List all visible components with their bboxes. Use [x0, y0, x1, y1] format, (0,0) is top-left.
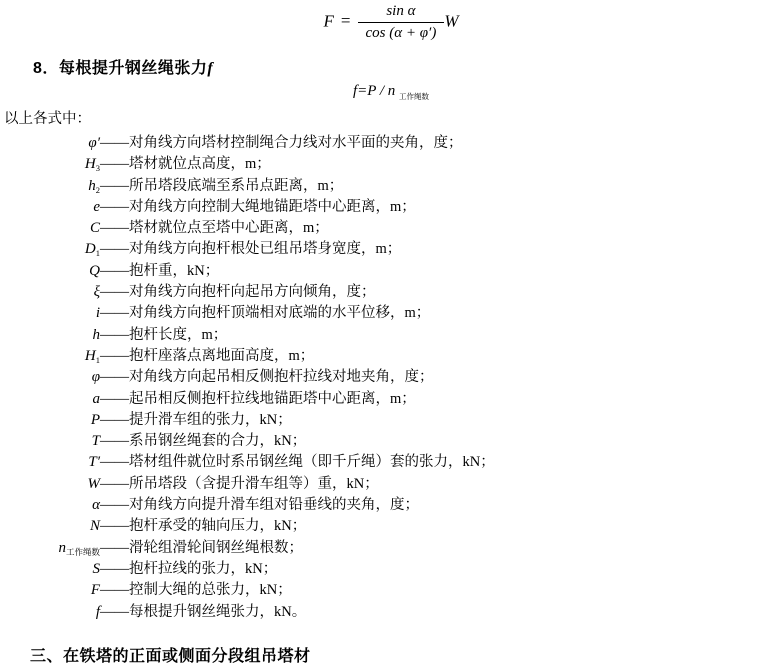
variable-symbol: φ — [0, 369, 100, 386]
formula-f-block: f=P / n 工作绳数 — [0, 82, 782, 106]
variable-symbol: C — [0, 220, 100, 237]
definition-row: C ——塔材就位点至塔中心距离，m； — [0, 216, 782, 237]
formula-F-equals: = — [341, 11, 351, 30]
variable-symbol: Q — [0, 263, 100, 280]
variable-symbol: h — [0, 327, 100, 344]
formula-f-rhs: P / n — [367, 83, 395, 99]
definition-row: H3 ——塔材就位点高度，m； — [0, 152, 782, 173]
variable-symbol: P — [0, 412, 100, 429]
variable-description: ——对角线方向控制大绳地锚距塔中心距离，m； — [100, 195, 416, 216]
definition-row: h2 ——所吊塔段底端至系吊点距离，m； — [0, 174, 782, 195]
variable-description: ——塔材就位点至塔中心距离，m； — [100, 216, 329, 237]
variable-symbol-letter: D — [85, 241, 96, 257]
definition-row: Q ——抱杆重，kN； — [0, 259, 782, 280]
definition-row: a ——起吊相反侧抱杆拉线地锚距塔中心距离，m； — [0, 387, 782, 408]
definition-row: S ——抱杆拉线的张力，kN； — [0, 557, 782, 578]
variable-symbol: T′ — [0, 454, 100, 471]
intro-line: 以上各式中： — [4, 111, 782, 127]
definition-row: φ′ ——对角线方向塔材控制绳合力线对水平面的夹角，度； — [0, 131, 782, 152]
variable-description: ——塔材组件就位时系吊钢丝绳（即千斤绳）套的张力，kN； — [100, 450, 495, 471]
formula-f-subscript: 工作绳数 — [399, 92, 429, 101]
variable-description: ——所吊塔段底端至系吊点距离，m； — [100, 174, 343, 195]
variable-symbol-letter: S — [93, 561, 101, 577]
definition-row: F ——控制大绳的总张力，kN； — [0, 578, 782, 599]
variable-symbol-letter: P — [91, 412, 100, 428]
definition-row: ξ ——对角线方向抱杆向起吊方向倾角，度； — [0, 280, 782, 301]
variable-symbol: φ′ — [0, 135, 100, 152]
definition-row: i ——对角线方向抱杆顶端相对底端的水平位移，m； — [0, 301, 782, 322]
variable-symbol-letter: T′ — [88, 454, 100, 470]
variable-description: ——所吊塔段（含提升滑车组等）重，kN； — [100, 472, 379, 493]
variable-symbol: i — [0, 305, 100, 322]
definition-row: P ——提升滑车组的张力，kN； — [0, 408, 782, 429]
definition-row: T ——系吊钢丝绳套的合力，kN； — [0, 429, 782, 450]
variable-description: ——对角线方向抱杆向起吊方向倾角，度； — [100, 280, 376, 301]
variable-description: ——抱杆重，kN； — [100, 259, 219, 280]
variable-symbol: W — [0, 476, 100, 493]
definition-row: e ——对角线方向控制大绳地锚距塔中心距离，m； — [0, 195, 782, 216]
variable-description: ——对角线方向起吊相反侧抱杆拉线对地夹角，度； — [100, 365, 434, 386]
variable-symbol: h2 — [0, 178, 100, 195]
variable-description: ——系吊钢丝绳套的合力，kN； — [100, 429, 306, 450]
variable-symbol: H3 — [0, 156, 100, 173]
variable-description: ——对角线方向塔材控制绳合力线对水平面的夹角，度； — [100, 131, 463, 152]
definition-row: D1 ——对角线方向抱杆根处已组吊塔身宽度，m； — [0, 237, 782, 258]
variable-symbol-letter: T — [92, 433, 100, 449]
variable-symbol-letter: F — [91, 582, 100, 598]
variable-symbol-letter: H — [85, 348, 96, 364]
variable-symbol-letter: φ — [92, 369, 100, 385]
definition-row: H1 ——抱杆座落点离地面高度，m； — [0, 344, 782, 365]
variable-description: ——抱杆承受的轴向压力，kN； — [100, 514, 306, 535]
variable-symbol: D1 — [0, 241, 100, 258]
definition-row: h ——抱杆长度，m； — [0, 323, 782, 344]
formula-F-block: F=sin αcos (α + φ′)W — [0, 0, 782, 42]
document-page: F=sin αcos (α + φ′)W 8．每根提升钢丝绳张力f f=P / … — [0, 0, 782, 663]
variable-symbol-letter: e — [93, 199, 100, 215]
variable-description: ——每根提升钢丝绳张力，kN。 — [100, 600, 306, 621]
variable-symbol-letter: N — [90, 518, 100, 534]
definition-row: T′ ——塔材组件就位时系吊钢丝绳（即千斤绳）套的张力，kN； — [0, 450, 782, 471]
variable-symbol-letter: Q — [89, 263, 100, 279]
variable-symbol-letter: φ′ — [88, 135, 100, 151]
variable-symbol-letter: H — [85, 156, 96, 172]
variable-symbol: n工作绳数 — [0, 540, 100, 558]
variable-description: ——对角线方向抱杆顶端相对底端的水平位移，m； — [100, 301, 430, 322]
variable-symbol-letter: α — [92, 497, 100, 513]
definition-row: N ——抱杆承受的轴向压力，kN； — [0, 514, 782, 535]
variable-symbol: T — [0, 433, 100, 450]
formula-F-fraction: sin αcos (α + φ′) — [358, 3, 445, 42]
variable-description: ——抱杆拉线的张力，kN； — [100, 557, 277, 578]
variable-symbol: α — [0, 497, 100, 514]
section-3-heading: 三、在铁塔的正面或侧面分段组吊塔材 — [30, 643, 782, 663]
definitions-list: φ′ ——对角线方向塔材控制绳合力线对水平面的夹角，度； H3 ——塔材就位点高… — [0, 131, 782, 621]
section-8-heading: 8．每根提升钢丝绳张力f — [33, 59, 782, 78]
variable-symbol: ξ — [0, 284, 100, 301]
formula-F-denominator: cos (α + φ′) — [358, 22, 445, 42]
section-8-heading-variable: f — [207, 60, 213, 77]
variable-symbol: N — [0, 518, 100, 535]
variable-symbol: H1 — [0, 348, 100, 365]
variable-description: ——塔材就位点高度，m； — [100, 152, 271, 173]
variable-symbol: S — [0, 561, 100, 578]
variable-symbol: f — [0, 604, 100, 621]
definition-row: W ——所吊塔段（含提升滑车组等）重，kN； — [0, 472, 782, 493]
variable-symbol: e — [0, 199, 100, 216]
definition-row: φ ——对角线方向起吊相反侧抱杆拉线对地夹角，度； — [0, 365, 782, 386]
variable-symbol-letter: a — [93, 391, 101, 407]
variable-symbol: F — [0, 582, 100, 599]
variable-description: ——对角线方向提升滑车组对铅垂线的夹角，度； — [100, 493, 419, 514]
variable-symbol-letter: h — [88, 178, 96, 194]
formula-F-lhs: F — [324, 11, 334, 30]
variable-symbol-letter: n — [58, 540, 66, 556]
variable-description: ——起吊相反侧抱杆拉线地锚距塔中心距离，m； — [100, 387, 416, 408]
definition-row: f ——每根提升钢丝绳张力，kN。 — [0, 600, 782, 621]
variable-description: ——抱杆座落点离地面高度，m； — [100, 344, 314, 365]
formula-F-multiplier: W — [444, 11, 458, 30]
variable-description: ——提升滑车组的张力，kN； — [100, 408, 292, 429]
variable-description: ——控制大绳的总张力，kN； — [100, 578, 292, 599]
variable-symbol-letter: h — [93, 327, 101, 343]
formula-F-numerator: sin α — [358, 3, 445, 22]
variable-symbol-letter: W — [88, 476, 101, 492]
formula-f-equals: = — [357, 83, 367, 99]
variable-description: ——对角线方向抱杆根处已组吊塔身宽度，m； — [100, 237, 401, 258]
variable-description: ——滑轮组滑轮间钢丝绳根数； — [100, 536, 303, 557]
section-8-heading-text: 8．每根提升钢丝绳张力 — [33, 60, 207, 77]
variable-subscript: 工作绳数 — [66, 547, 100, 557]
definition-row: α ——对角线方向提升滑车组对铅垂线的夹角，度； — [0, 493, 782, 514]
variable-description: ——抱杆长度，m； — [100, 323, 227, 344]
variable-symbol-letter: C — [90, 220, 100, 236]
variable-symbol: a — [0, 391, 100, 408]
definition-row: n工作绳数 ——滑轮组滑轮间钢丝绳根数； — [0, 536, 782, 557]
